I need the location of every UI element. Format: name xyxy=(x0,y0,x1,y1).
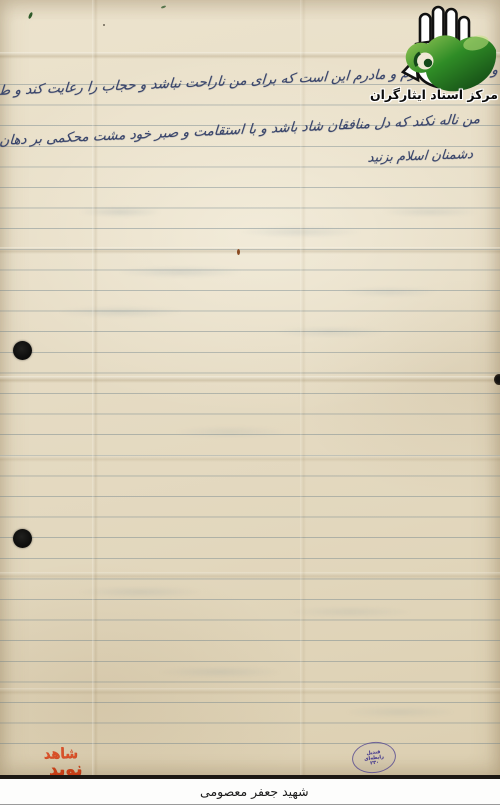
archive-center-name: مرکز اسناد ایثارگران xyxy=(386,87,498,102)
fold-crease xyxy=(0,247,500,254)
fold-crease xyxy=(0,455,500,462)
ink-speck xyxy=(237,249,240,255)
fold-crease xyxy=(0,376,500,383)
martyr-name-caption: شهید جعفر معصومی xyxy=(200,779,309,804)
hole-punch-top xyxy=(13,341,32,360)
fold-crease xyxy=(0,572,500,579)
fold-crease-vertical xyxy=(92,0,98,779)
caption-bar: شهید جعفر معصومی xyxy=(0,779,500,805)
scanned-letter: وصیتم به همسرم و مادرم این است که برای م… xyxy=(0,0,500,805)
fold-crease xyxy=(0,688,500,695)
edge-tear xyxy=(494,374,500,385)
ink-speck xyxy=(103,24,105,26)
hole-punch-bottom xyxy=(13,529,32,548)
fold-crease-vertical xyxy=(300,0,306,779)
